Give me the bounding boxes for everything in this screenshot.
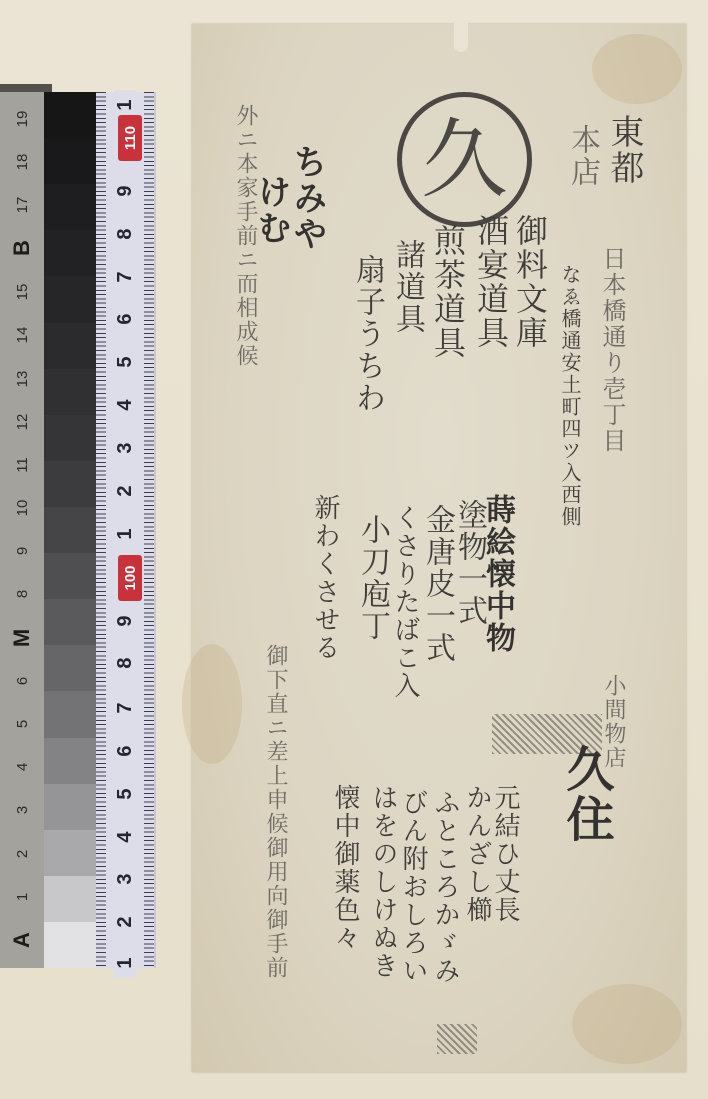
text-column: 塗物一式 xyxy=(454,499,484,627)
gray-strip-label: 14 xyxy=(7,313,37,357)
text-column: 御下直ニ差上申候御用向御手前 xyxy=(264,644,286,980)
text-column: くさりたばこ入 xyxy=(392,504,418,700)
gray-strip-label: 19 xyxy=(7,97,37,141)
tape-number: 1 xyxy=(114,948,136,978)
gray-strip-label: 6 xyxy=(7,659,37,703)
tape-number: 6 xyxy=(114,304,136,334)
text-column: ふところかゞみ xyxy=(432,789,458,985)
gray-patch xyxy=(44,645,96,691)
gray-strip-label: 17 xyxy=(7,183,37,227)
gray-strip-label: 10 xyxy=(7,486,37,530)
gray-patch xyxy=(44,230,96,276)
text-column: 煎茶道具 xyxy=(432,224,464,360)
gray-strip-label: 8 xyxy=(7,572,37,616)
tape-number: 3 xyxy=(114,433,136,463)
gray-patch xyxy=(44,691,96,737)
tape-number: 5 xyxy=(114,347,136,377)
text-column: 諸道具 xyxy=(392,239,422,335)
gray-strip-label: 1 xyxy=(7,875,37,919)
gray-patch xyxy=(44,138,96,184)
gray-patch xyxy=(44,738,96,784)
gray-patch xyxy=(44,599,96,645)
text-column: ちみや xyxy=(290,144,324,252)
tape-number: 2 xyxy=(114,907,136,937)
text-column: 日本橋通り壱丁目 xyxy=(600,246,624,454)
mount-shadow xyxy=(0,84,52,92)
woodblock-handbill: 久 東都本店日本橋通り壱丁目なゑ橋通安土町四ツ入西側小間物店久住御料文庫蒔絵懐中… xyxy=(192,24,686,1072)
seal-character: 久 xyxy=(422,117,508,203)
text-column: なゑ橋通安土町四ツ入西側 xyxy=(560,264,580,528)
text-column: 扇子うちわ xyxy=(352,254,382,414)
gray-strip-label: B xyxy=(7,226,37,270)
gray-patch xyxy=(44,369,96,415)
text-column: 外ニ本家手前ニ而相成候 xyxy=(234,104,256,368)
tape-number: 3 xyxy=(114,864,136,894)
text-column: 小刀庖丁 xyxy=(357,514,387,642)
gray-patch xyxy=(44,876,96,922)
gray-patch xyxy=(44,507,96,553)
gray-patch xyxy=(44,553,96,599)
gray-strip-label: 2 xyxy=(7,832,37,876)
text-column: 久住 xyxy=(562,744,610,844)
gray-patch xyxy=(44,415,96,461)
gray-patch xyxy=(44,461,96,507)
text-column: びん附おしろい xyxy=(400,789,426,985)
tape-red-label: 110 xyxy=(118,115,142,161)
torn-notch xyxy=(454,22,468,52)
gray-patch xyxy=(44,276,96,322)
gray-strip-label: M xyxy=(7,616,37,660)
gray-patch xyxy=(44,922,96,968)
tape-number: 7 xyxy=(114,693,136,723)
ink-smudge xyxy=(437,1024,477,1054)
gray-strip-label: 3 xyxy=(7,788,37,832)
tape-number: 4 xyxy=(114,390,136,420)
text-column: 本店 xyxy=(567,124,597,188)
gray-strip-label: 11 xyxy=(7,443,37,487)
shop-seal-circle: 久 xyxy=(397,92,532,227)
tape-number: 2 xyxy=(114,476,136,506)
stain xyxy=(592,34,682,104)
stain xyxy=(572,984,682,1064)
tape-number: 5 xyxy=(114,779,136,809)
text-column: 元結ひ丈長 xyxy=(492,784,518,924)
text-column: 東都 xyxy=(607,114,641,186)
gray-patch xyxy=(44,184,96,230)
color-calibration-ruler: 191817B15141312111098M654321A 1987654321… xyxy=(0,92,160,968)
text-column: はをのしけぬき xyxy=(370,784,396,980)
gray-strip-label: 5 xyxy=(7,702,37,746)
tape-number: 4 xyxy=(114,822,136,852)
tape-number: 1 xyxy=(114,519,136,549)
gray-patch xyxy=(44,830,96,876)
gray-patch xyxy=(44,323,96,369)
gray-patch xyxy=(44,784,96,830)
tape-number: 8 xyxy=(114,648,136,678)
tape-number: 9 xyxy=(114,606,136,636)
measuring-tape: 1987654321987654321110100 xyxy=(96,92,156,968)
tape-number: 6 xyxy=(114,736,136,766)
text-column: 御料文庫 xyxy=(514,214,546,350)
gray-strip-label: A xyxy=(7,918,37,962)
tape-red-label: 100 xyxy=(118,555,142,601)
gray-strip-label: 4 xyxy=(7,745,37,789)
text-column: かんざし櫛 xyxy=(464,784,490,924)
text-column: 新わくさせる xyxy=(312,494,338,662)
gray-patch xyxy=(44,92,96,138)
tape-number: 9 xyxy=(114,176,136,206)
gray-strip-label: 15 xyxy=(7,270,37,314)
gray-strip-label: 12 xyxy=(7,400,37,444)
gray-strip-label: 18 xyxy=(7,140,37,184)
text-column: 金唐皮一式 xyxy=(422,504,452,664)
tape-number: 7 xyxy=(114,262,136,292)
tape-number: 8 xyxy=(114,219,136,249)
gray-strip-label: 13 xyxy=(7,357,37,401)
stain xyxy=(182,644,242,764)
gray-label-strip: 191817B15141312111098M654321A xyxy=(0,92,44,968)
text-column: 懐中御薬色々 xyxy=(332,784,358,952)
gray-strip-label: 9 xyxy=(7,529,37,573)
text-column: 酒宴道具 xyxy=(475,214,507,350)
text-column: けむ xyxy=(254,174,288,246)
grayscale-patches xyxy=(44,92,96,968)
